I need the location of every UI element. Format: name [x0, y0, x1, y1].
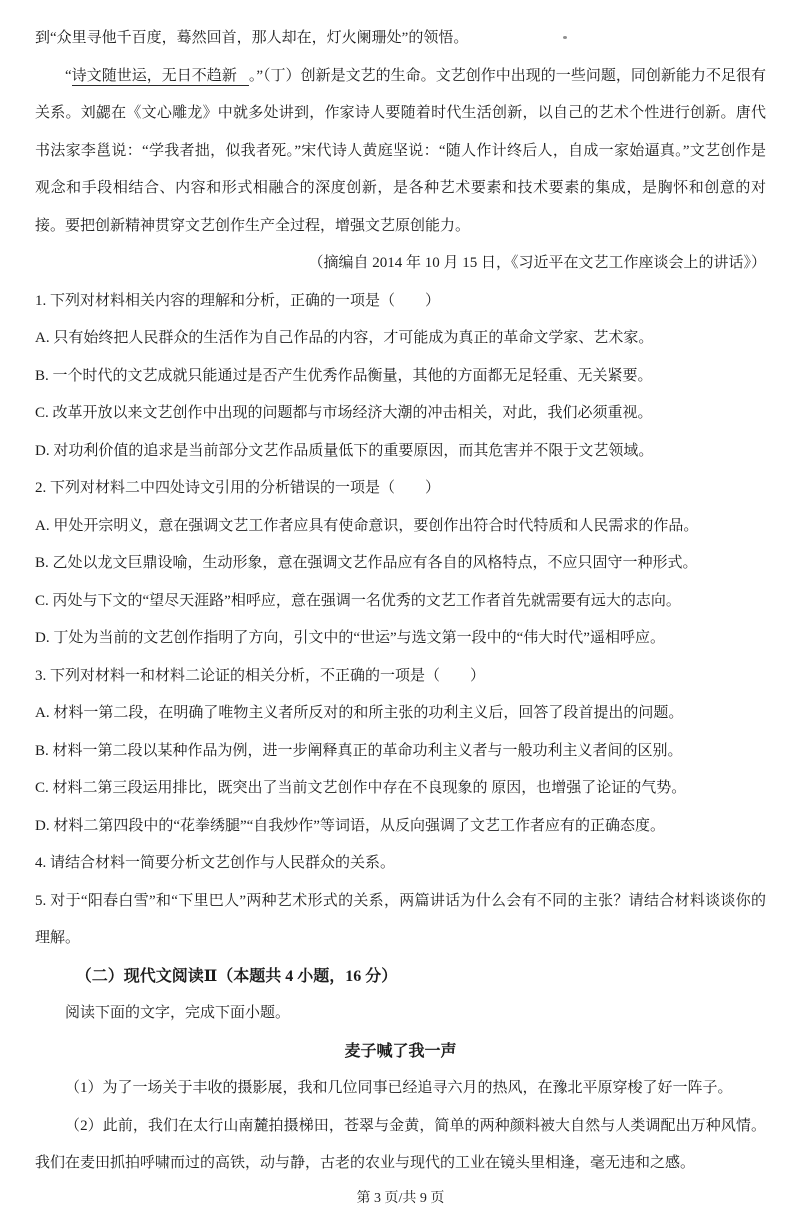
- question-3-option-d: D. 材料二第四段中的“花拳绣腿”“自我炒作”等词语，从反向强调了文艺工作者应有…: [35, 808, 766, 846]
- open-quote: “: [65, 68, 72, 84]
- essay-paragraph-2: （2）此前，我们在太行山南麓拍摄梯田，苍翠与金黄，简单的两种颜料被大自然与人类调…: [35, 1108, 766, 1183]
- question-2-stem: 2. 下列对材料二中四处诗文引用的分析错误的一项是（ ）: [35, 470, 766, 508]
- question-4-stem: 4. 请结合材料一简要分析文艺创作与人民群众的关系。: [35, 845, 766, 883]
- question-3-option-a: A. 材料一第二段，在明确了唯物主义者所反对的和所主张的功利主义后，回答了段首提…: [35, 695, 766, 733]
- essay-paragraph-1: （1）为了一场关于丰收的摄影展，我和几位同事已经追寻六月的热风，在豫北平原穿梭了…: [35, 1070, 766, 1108]
- carryover-paragraph: 到“众里寻他千百度，蓦然回首，那人却在，灯火阑珊处”的领悟。: [35, 20, 766, 58]
- essay-title: 麦子喊了我一声: [35, 1033, 766, 1071]
- section-heading-reading2: （二）现代文阅读Ⅱ（本题共 4 小题，16 分）: [35, 958, 766, 996]
- question-1-option-b: B. 一个时代的文艺成就只能通过是否产生优秀作品衡量，其他的方面都无足轻重、无关…: [35, 358, 766, 396]
- question-3-option-c: C. 材料二第三段运用排比，既突出了当前文艺创作中存在不良现象的 原因，也增强了…: [35, 770, 766, 808]
- innovation-paragraph: “诗文随世运，无日不趋新。”（丁）创新是文艺的生命。文艺创作中出现的一些问题，同…: [35, 58, 766, 246]
- question-1-stem: 1. 下列对材料相关内容的理解和分析，正确的一项是（ ）: [35, 283, 766, 321]
- page-footer: 第 3 页/共 9 页: [35, 1184, 766, 1206]
- question-2-option-b: B. 乙处以龙文巨鼎设喻，生动形象，意在强调文艺作品应有各自的风格特点，不应只固…: [35, 545, 766, 583]
- question-1-option-d: D. 对功利价值的追求是当前部分文艺作品质量低下的重要原因，而其危害并不限于文艺…: [35, 433, 766, 471]
- question-3-option-b: B. 材料一第二段以某种作品为例，进一步阐释真正的革命功利主义者与一般功利主义者…: [35, 733, 766, 771]
- reading2-instruction: 阅读下面的文字，完成下面小题。: [35, 995, 766, 1033]
- question-5-stem: 5. 对于“阳春白雪”和“下里巴人”两种艺术形式的关系，两篇讲话为什么会有不同的…: [35, 883, 766, 958]
- source-attribution: （摘编自 2014 年 10 月 15 日，《习近平在文艺工作座谈会上的讲话》）: [35, 245, 766, 283]
- innovation-paragraph-rest: 。”（丁）创新是文艺的生命。文艺创作中出现的一些问题，同创新能力不足很有关系。刘…: [35, 68, 766, 234]
- scan-speck: [563, 36, 567, 39]
- question-3-stem: 3. 下列对材料一和材料二论证的相关分析，不正确的一项是（ ）: [35, 658, 766, 696]
- question-2-option-a: A. 甲处开宗明义，意在强调文艺工作者应具有使命意识，要创作出符合时代特质和人民…: [35, 508, 766, 546]
- question-2-option-d: D. 丁处为当前的文艺创作指明了方向，引文中的“世运”与选文第一段中的“伟大时代…: [35, 620, 766, 658]
- question-1-option-a: A. 只有始终把人民群众的生活作为自己作品的内容，才可能成为真正的革命文学家、艺…: [35, 320, 766, 358]
- question-1-option-c: C. 改革开放以来文艺创作中出现的问题都与市场经济大潮的冲击相关，对此，我们必须…: [35, 395, 766, 433]
- exam-page: 到“众里寻他千百度，蓦然回首，那人却在，灯火阑珊处”的领悟。 “诗文随世运，无日…: [0, 0, 800, 1206]
- question-2-option-c: C. 丙处与下文的“望尽天涯路”相呼应，意在强调一名优秀的文艺工作者首先就需要有…: [35, 583, 766, 621]
- underlined-quote: 诗文随世运，无日不趋新: [72, 68, 249, 86]
